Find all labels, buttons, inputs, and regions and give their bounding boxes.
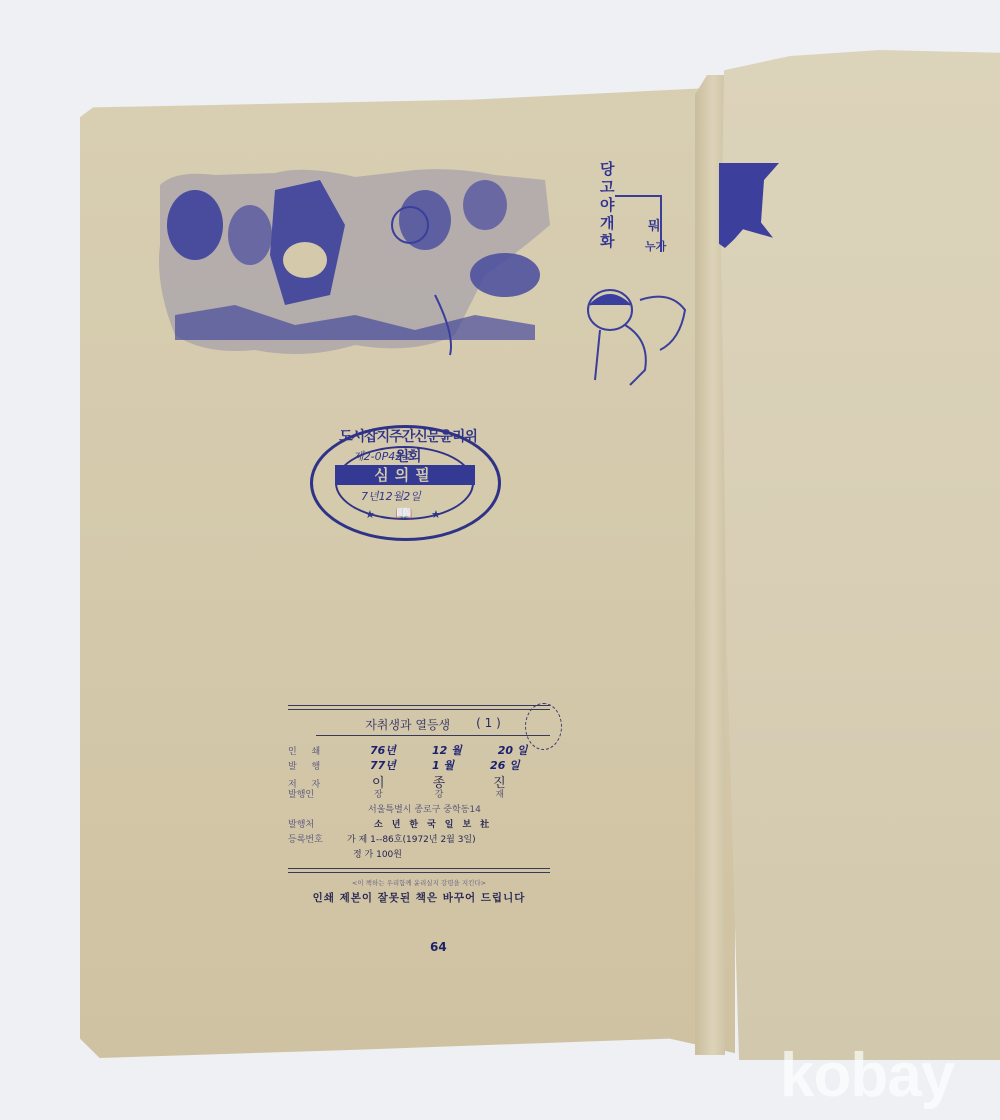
ethics-notice: <이 책하는 우리함께 윤리실지 강령을 지킨다> bbox=[288, 878, 550, 887]
book-title: 자취생과 열등생 bbox=[365, 716, 450, 733]
row-label: 발 행 bbox=[288, 759, 348, 772]
colophon-bottom-rule bbox=[288, 868, 550, 873]
row-label: 등록번호 bbox=[288, 832, 343, 845]
price: 정 가 100원 bbox=[353, 847, 402, 860]
book-icon: 📖 bbox=[395, 506, 412, 522]
row-label: 발행처 bbox=[288, 817, 348, 830]
star-icon: ★ bbox=[365, 508, 375, 521]
sfx-box-text: 뭐 bbox=[648, 215, 661, 234]
row-label: 인 쇄 bbox=[288, 744, 348, 757]
row-value: 재 bbox=[495, 787, 504, 800]
publish-date-row: 발 행 77년 1 월 26 일 bbox=[288, 757, 550, 772]
book-volume: ( 1 ) bbox=[476, 716, 501, 733]
stamp-number: 제2-0P42호 bbox=[353, 448, 413, 464]
comic-illustration bbox=[155, 165, 560, 360]
book-title-line: 자취생과 열등생 ( 1 ) bbox=[316, 716, 550, 736]
publisher-person-row: 발행인 장 강 재 bbox=[288, 787, 550, 802]
row-value: 강 bbox=[435, 787, 444, 800]
row-value: 장 bbox=[374, 787, 383, 800]
exchange-notice: 인쇄 제본이 잘못된 책은 바꾸어 드립니다 bbox=[288, 890, 550, 905]
row-value: 12 월 bbox=[432, 742, 462, 758]
row-label: 발행인 bbox=[288, 787, 348, 800]
star-icon: ★ bbox=[431, 508, 441, 521]
row-value: 서울특별시 종로구 중학동14 bbox=[368, 802, 481, 815]
ethics-committee-stamp: 도서잡지주간신문윤리위원회 제2-0P42호 심의필 7년12월2일 ★ 📖 ★ bbox=[310, 425, 501, 541]
colophon: 자취생과 열등생 ( 1 ) 인 쇄 76년 12 월 20 일 발 행 77년… bbox=[288, 705, 550, 905]
registration-row: 등록번호 가 제 1--86호(1972년 2월 3일) bbox=[288, 832, 550, 847]
price-row: 정 가 100원 bbox=[288, 847, 550, 862]
colophon-top-rule bbox=[288, 705, 550, 710]
row-value: 76년 bbox=[370, 742, 396, 758]
row-value: 20 일 bbox=[498, 742, 528, 758]
row-value: 26 일 bbox=[490, 757, 520, 773]
handwritten-circle-mark bbox=[525, 703, 562, 750]
author-row: 저 자 이 종 진 bbox=[288, 772, 550, 787]
row-value: 1 월 bbox=[432, 757, 454, 773]
row-value: 77년 bbox=[370, 757, 396, 773]
row-value: 가 제 1--86호(1972년 2월 3일) bbox=[347, 832, 476, 845]
address-row: 서울특별시 종로구 중학동14 bbox=[288, 802, 550, 817]
stamp-date: 7년12월2일 bbox=[361, 488, 421, 504]
page-number: 64 bbox=[430, 940, 447, 954]
kneeling-boy-drawing bbox=[570, 280, 700, 390]
stamp-approved-band: 심의필 bbox=[335, 465, 475, 485]
row-value: 소년한국일보社 bbox=[374, 817, 498, 830]
watermark-logo: kobay bbox=[780, 1040, 954, 1111]
sfx-small-text: 누가 bbox=[645, 238, 666, 254]
print-date-row: 인 쇄 76년 12 월 20 일 bbox=[288, 742, 550, 757]
publisher-row: 발행처 소년한국일보社 bbox=[288, 817, 550, 832]
